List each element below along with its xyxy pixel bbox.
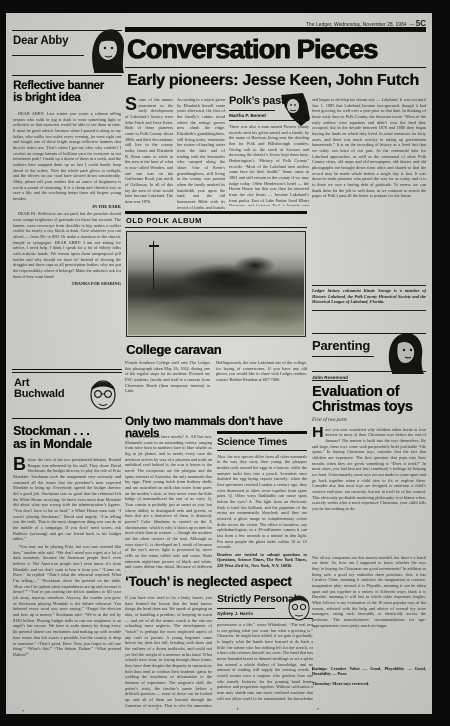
dear-abby-signature-2: THANKS FOR SHARING — [13, 281, 121, 287]
strictly-personal-column: Strictly Personal Sydney J. Harris posse… — [217, 593, 313, 709]
pioneers-headline: Early pioneers: Jesse Keen, John Futch — [127, 73, 427, 89]
buchwald-drop-cap: B — [13, 457, 28, 471]
right-column: and began to develop his dream city — La… — [312, 97, 426, 707]
parenting-drop-cap: H — [312, 427, 325, 439]
polks-past-column: Polk’s past Martha P. Bennet There was a… — [229, 95, 309, 211]
pioneers-col3: and began to develop his dream city — La… — [312, 97, 426, 281]
parenting-footer: Thursday: More toys reviewed. — [312, 681, 426, 691]
dear-abby-body: DEAR ABBY: Last winter you wrote a colum… — [13, 111, 121, 363]
buchwald-header: Art Buchwald — [12, 369, 122, 419]
left-column: Dear Abby Reflective banner is bright id… — [12, 27, 122, 707]
album-caption-col2: Hollingsworth, the new Lakeland site of … — [216, 360, 307, 414]
rule — [125, 67, 426, 68]
buchwald-headline: Stockman . . . as in Mondale — [13, 425, 123, 451]
pioneers-col2: According to a report given by Elizabeth… — [177, 97, 225, 209]
touch-headline: ‘Touch’ is neglected aspect — [125, 575, 315, 589]
parenting-headline: Evaluation of Christmas toys — [312, 385, 426, 415]
science-times-bar — [217, 431, 307, 434]
polks-past-body: There was also a man named Powers (many … — [229, 124, 309, 206]
album-bar — [125, 211, 307, 214]
harris-caricature-icon — [285, 591, 313, 623]
album-caption-title: College caravan — [126, 343, 221, 356]
strictly-personal-body: possessions is a life,” wrote Whitehead.… — [217, 622, 313, 700]
mammals-body: Q. Do all mammals have navels? A. All bu… — [125, 434, 212, 572]
buchwald-body: Before the first of the two presidential… — [13, 457, 121, 707]
touch-body: If you have ever tried to fix a leaky fa… — [125, 595, 212, 707]
buchwald-caricature-icon — [86, 373, 120, 415]
parenting-caricature-icon — [378, 330, 426, 374]
pioneers-credit: Ledger history columnist Kinzie Savage i… — [312, 285, 426, 311]
album-caption-col1: Florida Southern College staff sent The … — [125, 360, 210, 414]
album-label: OLD POLK ALBUM — [126, 216, 202, 225]
masthead-title: Conversation Pieces — [127, 34, 427, 65]
dear-abby-signature-1: IN THE DARK — [13, 204, 121, 210]
parenting-body2: Not all toy companies are this money-min… — [312, 555, 426, 663]
parenting-body1: Have you ever wondered why children eith… — [312, 427, 426, 553]
print-marks: ’ ’ ’ — [22, 709, 122, 726]
science-times-body: Also, the two species differ from all ot… — [217, 454, 307, 550]
newspaper-page: The Ledger, Wednesday, November 28, 1984… — [6, 13, 432, 714]
parenting-header: Parenting John Rosemond — [312, 333, 426, 380]
parenting-byline: John Rosemond — [312, 375, 426, 380]
rule — [312, 356, 374, 357]
rule — [217, 608, 275, 609]
rule — [12, 55, 84, 56]
telegraph-pole — [153, 241, 155, 290]
polks-past-illustration-icon — [277, 93, 311, 127]
masthead-bar — [125, 27, 426, 32]
pioneers-col1: Some of the names prominent in the early… — [125, 97, 173, 209]
parenting-ratings: Ratings: Creative Value — Good, Playabil… — [312, 666, 426, 680]
rule — [125, 227, 307, 228]
rule — [12, 75, 122, 76]
pioneers-drop-cap: S — [125, 97, 139, 111]
rule — [229, 110, 275, 111]
dear-abby-kicker: Dear Abby — [13, 35, 68, 47]
parenting-tagline: First of two parts — [312, 418, 426, 423]
abby-portrait-icon — [88, 27, 126, 73]
science-times-kicker: Science Times — [217, 436, 307, 448]
print-marks: ’ ’ ’ — [156, 707, 357, 715]
science-times-footer: Readers are invited to submit questions … — [217, 552, 307, 572]
dear-abby-headline: Reflective banner is bright idea — [13, 81, 123, 104]
rule — [217, 450, 307, 451]
caravan-photo — [126, 231, 306, 337]
science-times-column: Science Times Also, the two species diff… — [217, 431, 307, 573]
caravan-photo-image — [128, 233, 304, 335]
